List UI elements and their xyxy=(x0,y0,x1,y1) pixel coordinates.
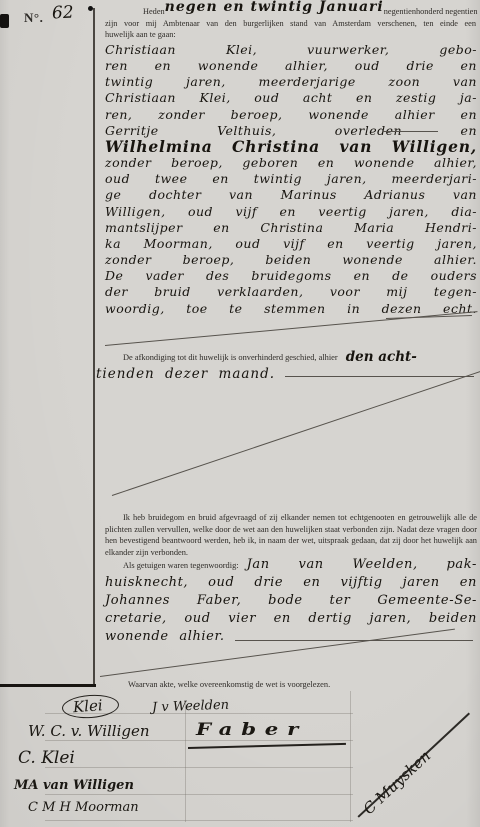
header-heden: Heden xyxy=(143,5,165,18)
signature-grid-line xyxy=(45,820,353,821)
margin-rule-bottom xyxy=(0,684,96,687)
header-year: negentienhonderd negentien xyxy=(384,5,478,18)
parties-line: Willigen, oud vijf en veertig jaren, dia… xyxy=(105,204,477,220)
handwritten-parties-text: Christiaan Klei, vuurwerker, gebo- ren e… xyxy=(105,42,477,317)
header-line3: huwelijk aan te gaan: xyxy=(105,29,476,40)
signature-witness-weelden: J v Weelden xyxy=(152,698,230,716)
parties-line: twintig jaren, meerderjarige zoon van xyxy=(105,74,477,90)
signature-bride-mother: C M H Moorman xyxy=(28,800,139,815)
parties-line: mantslijper en Christina Maria Hendri- xyxy=(105,220,477,236)
witnesses-handwritten-line: cretarie, oud vier en dertig jaren, beid… xyxy=(105,610,477,628)
bride-name-line: Wilhelmina Christina van Willigen, xyxy=(105,139,477,155)
filler-stroke xyxy=(383,131,438,132)
witnesses-handwritten-line: Jan van Weelden, pak- xyxy=(247,556,477,574)
signature-groom-father: C. Klei xyxy=(18,748,75,768)
signature-witness-faber: Faber xyxy=(196,720,307,740)
signature-grid-line xyxy=(45,767,353,768)
scanned-marriage-certificate: N°. 62 Heden negen en twintig Januari ne… xyxy=(0,0,480,827)
parties-line: zonder beroep, beiden wonende alhier. xyxy=(105,252,477,268)
vows-paragraph: Ik heb bruidegom en bruid afgevraagd of … xyxy=(105,512,477,558)
banns-announcement: De afkondiging tot dit huwelijk is onver… xyxy=(105,352,478,382)
act-number-value: 62 xyxy=(51,2,74,23)
banns-date-handwritten-start: den acht- xyxy=(346,349,417,365)
blank-strike-diagonal xyxy=(112,371,480,496)
signature-bride: W. C. v. Willigen xyxy=(28,722,150,740)
ink-blot xyxy=(0,14,9,28)
witnesses-handwritten-line: huisknecht, oud drie en vijftig jaren en xyxy=(105,574,477,592)
parties-line: zonder beroep, geboren en wonende alhier… xyxy=(105,155,477,171)
closing-printed-line: Waarvan akte, welke overeenkomstig de we… xyxy=(128,680,330,689)
handwritten-marriage-date: negen en twintig Januari xyxy=(165,0,384,15)
act-number-label: N°. xyxy=(24,10,43,26)
parties-line: woordig, toe te stemmen in dezen echt. xyxy=(105,301,477,317)
parties-line: ge dochter van Marinus Adrianus van xyxy=(105,187,477,203)
parties-line: ren en wonende alhier, oud drie en xyxy=(105,58,477,74)
signature-registrar: C Muysken xyxy=(360,747,434,818)
blank-filler-line xyxy=(285,366,474,377)
witnesses-handwritten-line: Johannes Faber, bode ter Gemeente-Se- xyxy=(105,592,477,610)
banns-date-handwritten-end: tienden dezer maand. xyxy=(96,366,275,382)
witnesses-printed-label: Als getuigen waren tegenwoordig: xyxy=(123,560,239,572)
parties-line: der bruid verklaarden, voor mij tegen- xyxy=(105,284,477,300)
parties-line: oud twee en twintig jaren, meerderjari- xyxy=(105,171,477,187)
signature-grid-line xyxy=(45,740,353,741)
signature-bride-father: MA van Willigen xyxy=(14,778,134,793)
signature-groom: Klei xyxy=(62,695,119,718)
signature-grid-line xyxy=(185,701,186,822)
margin-rule-vertical xyxy=(93,8,95,685)
signature-groom-text: Klei xyxy=(61,693,119,720)
parties-line: ka Moorman, oud vijf en veertig jaren, xyxy=(105,236,477,252)
signature-grid-line xyxy=(45,794,353,795)
parties-line: ren, zonder beroep, wonende alhier en xyxy=(105,107,477,123)
header-line2: zijn voor mij Ambtenaar van den burgerli… xyxy=(105,18,476,29)
form-header: Heden negen en twintig Januari negentien… xyxy=(105,5,476,40)
signature-underline xyxy=(188,743,346,749)
bullet-dot xyxy=(88,6,93,11)
witnesses-handwritten-line: wonende alhier. xyxy=(105,628,225,646)
parties-line: Christiaan Klei, vuurwerker, gebo- xyxy=(105,42,477,58)
parties-line: Christiaan Klei, oud acht en zestig ja- xyxy=(105,90,477,106)
parties-line: De vader des bruidegoms en de ouders xyxy=(105,268,477,284)
signature-grid-line xyxy=(350,691,351,822)
banns-printed-text: De afkondiging tot dit huwelijk is onver… xyxy=(123,352,338,364)
